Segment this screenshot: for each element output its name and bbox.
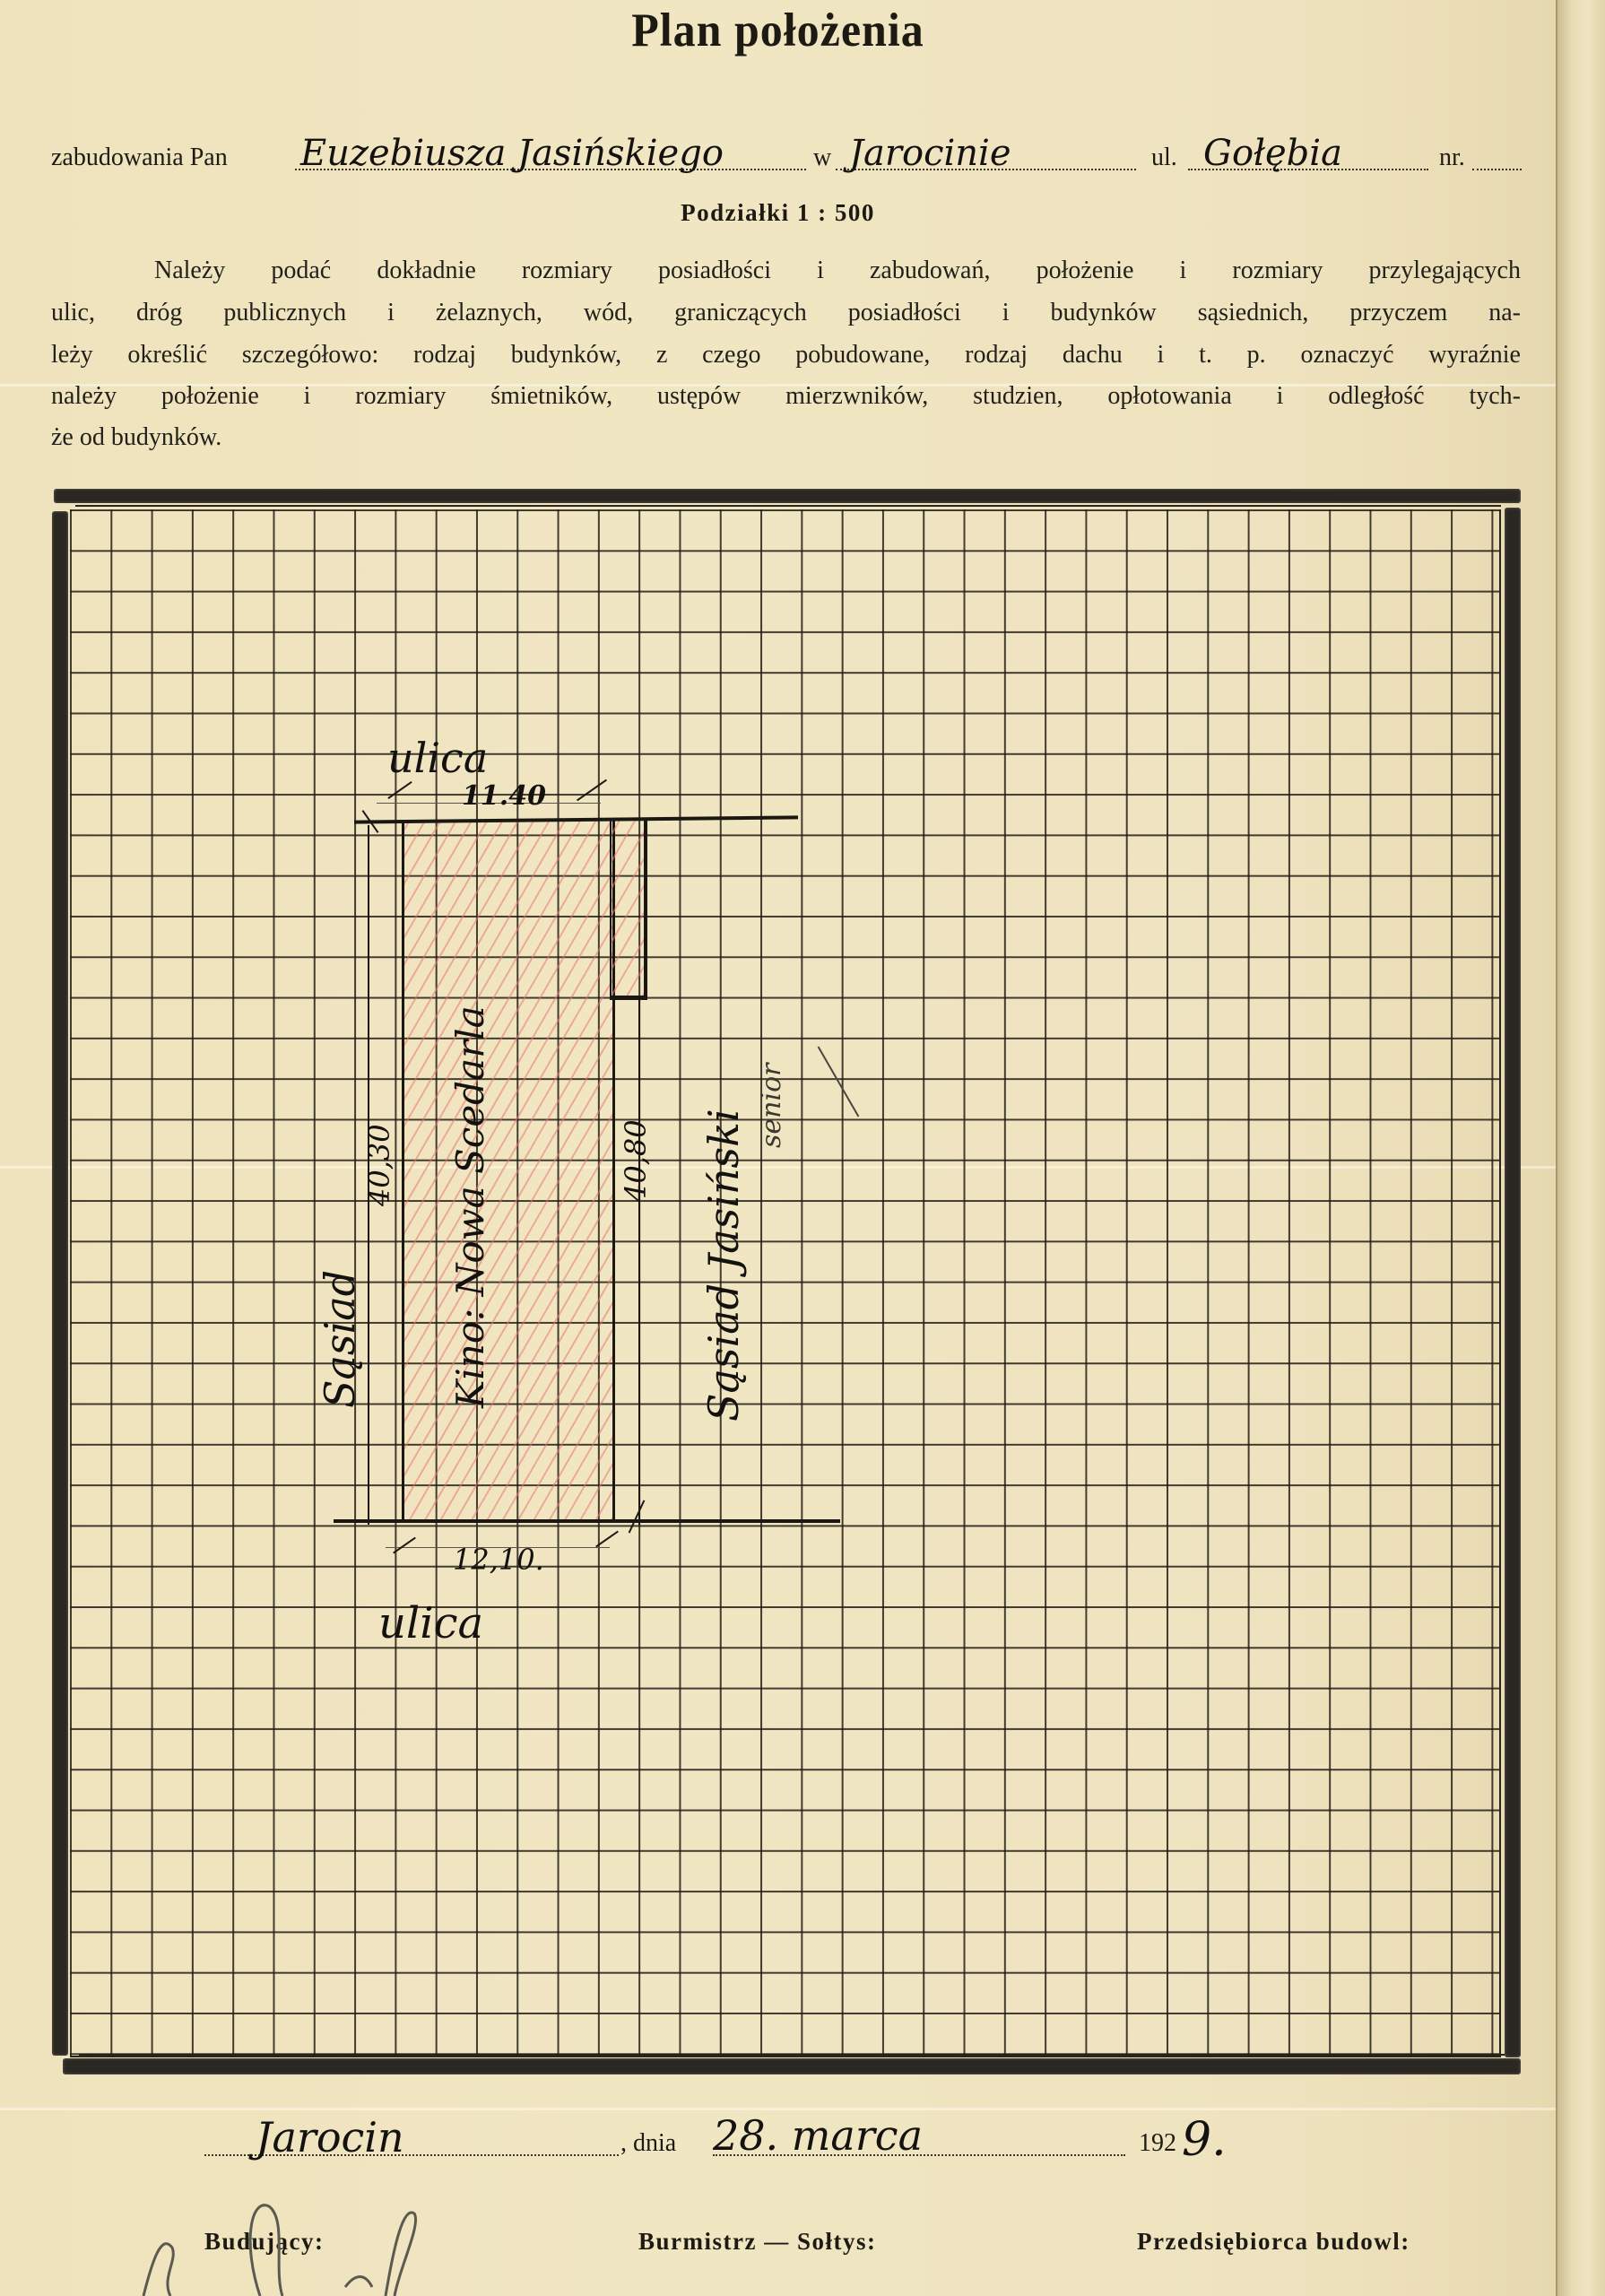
dimension-bottom-label: 12,10. xyxy=(453,1543,544,1577)
owner-prefix: zabudowania Pan xyxy=(51,143,228,172)
mayor-signature-label: Burmistrz — Sołtys: xyxy=(638,2228,876,2256)
paper-crease xyxy=(0,2108,1556,2110)
building-plot-hatched xyxy=(402,821,615,1520)
year-suffix-field: 9. xyxy=(1182,2113,1227,2167)
frame-top-bar xyxy=(54,489,1521,503)
in-label: w xyxy=(813,143,831,172)
instruction-line: leży określić szczegółowo: rodzaj budynk… xyxy=(51,341,1521,370)
street-label-bottom: ulica xyxy=(378,1598,483,1648)
dimension-top-label: 11.40 xyxy=(462,780,546,812)
annex-outbuilding xyxy=(610,821,647,1000)
dimension-left-label: 40,30 xyxy=(362,1124,396,1206)
number-label: nr. xyxy=(1439,143,1465,172)
dimension-line-right xyxy=(638,996,640,1525)
frame-right-bar xyxy=(1505,508,1521,2057)
frame-bottom-bar xyxy=(63,2058,1521,2074)
place-field: Jarocin xyxy=(256,2113,404,2161)
street-label-top: ulica xyxy=(387,734,488,782)
street-line-bottom xyxy=(334,1519,840,1523)
town-field: Jarocinie xyxy=(849,133,1011,174)
day-label: , dnia xyxy=(620,2129,676,2158)
instruction-line: ulic, dróg publicznych i żelaznych, wód,… xyxy=(51,299,1521,327)
owner-name-field: Euzebiusza Jasińskiego xyxy=(300,133,724,174)
instruction-line: Należy podać dokładnie rozmiary posiadło… xyxy=(154,257,1521,285)
instruction-line: że od budynków. xyxy=(51,423,221,452)
date-field: 28. marca xyxy=(713,2111,923,2160)
contractor-signature-label: Przedsiębiorca budowl: xyxy=(1137,2228,1410,2256)
frame-left-bar xyxy=(52,511,68,2056)
frame-inner-top-rule xyxy=(75,505,1501,507)
document-title: Plan położenia xyxy=(0,3,1556,57)
building-label: Kino: Nowa Scedarla xyxy=(448,1005,492,1408)
street-field: Gołębia xyxy=(1203,133,1342,174)
year-prefix: 192 xyxy=(1139,2129,1176,2158)
owner-line: zabudowania Pan Euzebiusza Jasińskiego w… xyxy=(51,136,1522,176)
neighbor-right-note: senior xyxy=(756,1064,787,1148)
neighbor-right-label: Sąsiad Jasiński xyxy=(699,1109,748,1422)
page-fold-edge xyxy=(1556,0,1605,2296)
place-date-line: Jarocin , dnia 28. marca 192 9. xyxy=(0,2117,1556,2170)
number-field-line xyxy=(1472,169,1522,170)
scale-label: Podziałki 1 : 500 xyxy=(0,199,1556,227)
street-label: ul. xyxy=(1151,143,1177,172)
dimension-right-label: 40,80 xyxy=(619,1119,653,1202)
neighbor-left-label: Sąsiad xyxy=(316,1270,364,1408)
builder-signature-scrawl xyxy=(126,2188,502,2296)
instruction-line: należy położenie i rozmiary śmietników, … xyxy=(51,382,1521,411)
plan-grid xyxy=(70,509,1501,2057)
